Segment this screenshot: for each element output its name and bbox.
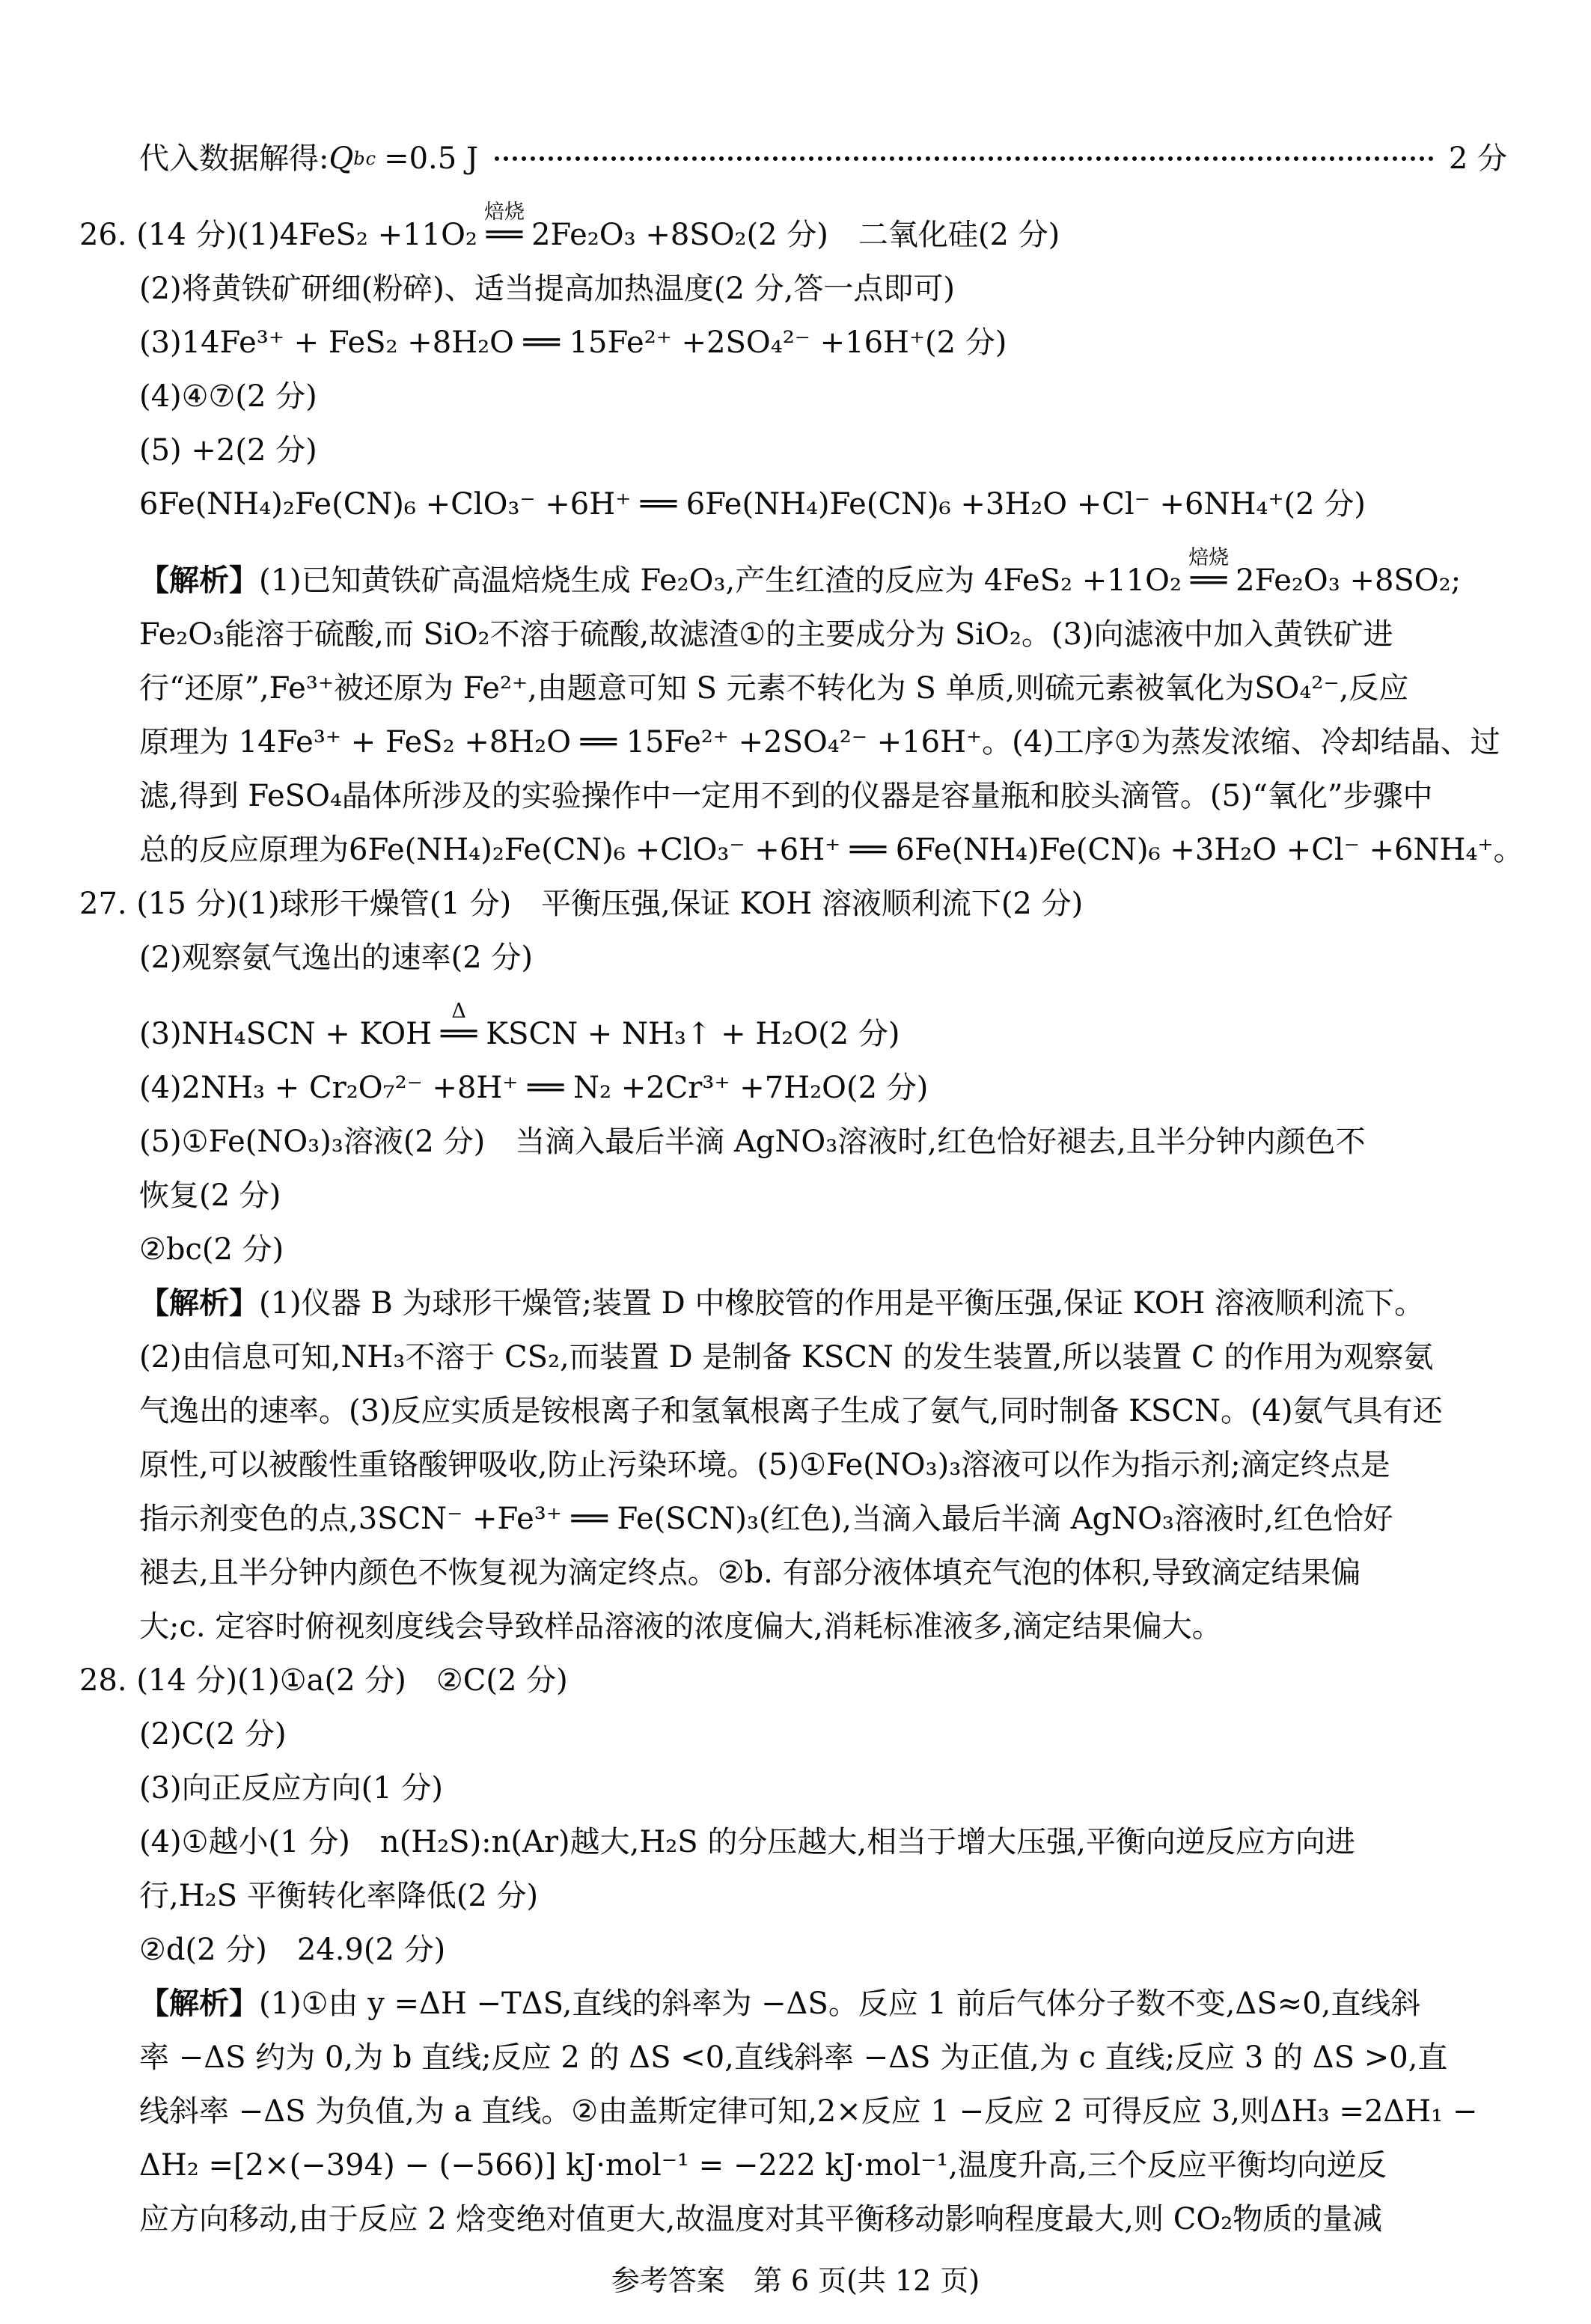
equation-line: 原理为 14Fe³⁺ + FeS₂ +8H₂O ══ 15Fe²⁺ +2SO₄²…	[79, 715, 1507, 769]
text-line: 线斜率 −ΔS 为负值,为 a 直线。②由盖斯定律可知,2×反应 1 −反应 2…	[79, 2085, 1507, 2138]
text-line: ②d(2 分) 24.9(2 分)	[79, 1923, 1507, 1977]
text-line: 行,H₂S 平衡转化率降低(2 分)	[79, 1869, 1507, 1923]
dotted-leader	[495, 156, 1434, 161]
analysis-text: (1)仪器 B 为球形干燥管;装置 D 中橡胶管的作用是平衡压强,保证 KOH …	[259, 1286, 1424, 1321]
text-line: Fe₂O₃能溶于硫酸,而 SiO₂不溶于硫酸,故滤渣①的主要成分为 SiO₂。(…	[79, 608, 1507, 661]
text-line: 滤,得到 FeSO₄晶体所涉及的实验操作中一定用不到的仪器是容量瓶和胶头滴管。(…	[79, 769, 1507, 823]
equation-head: (3)NH₄SCN + KOH	[139, 1017, 432, 1051]
equation-line: (3)14Fe³⁺ + FeS₂ +8H₂O ══ 15Fe²⁺ +2SO₄²⁻…	[79, 316, 1507, 370]
text-line: (4)①越小(1 分) n(H₂S):n(Ar)越大,H₂S 的分压越大,相当于…	[79, 1815, 1507, 1869]
analysis-tag: 【解析】	[139, 563, 259, 598]
stacked-equals: 焙烧══	[486, 208, 522, 262]
equation-head: (1)已知黄铁矿高温焙烧生成 Fe₂O₃,产生红渣的反应为 4FeS₂ +11O…	[259, 563, 1182, 598]
page-footer: 参考答案 第 6 页(共 12 页)	[0, 2258, 1591, 2303]
text-line: 大;c. 定容时俯视刻度线会导致样品溶液的浓度偏大,消耗标准液多,滴定结果偏大。	[79, 1600, 1507, 1654]
equation-line: 指示剂变色的点,3SCN⁻ +Fe³⁺ ══ Fe(SCN)₃(红色),当滴入最…	[79, 1492, 1507, 1546]
text-line: (5) +2(2 分)	[79, 423, 1507, 477]
analysis-text: (1)①由 y =ΔH −TΔS,直线的斜率为 −ΔS。反应 1 前后气体分子数…	[259, 1987, 1420, 2021]
q-symbol: Q	[329, 132, 353, 186]
answers-content: 代入数据解得:Qbc=0.5 J 2 分 26. (14 分)(1)4FeS₂ …	[0, 0, 1591, 2246]
q-value: =0.5 J	[384, 132, 478, 186]
text-line: ΔH₂ =[2×(−394) − (−566)] kJ·mol⁻¹ = −222…	[79, 2138, 1507, 2192]
equation-tail: 2Fe₂O₃ +8SO₂(2 分) 二氧化硅(2 分)	[531, 218, 1060, 252]
item-27-header-line: 27. (15 分)(1)球形干燥管(1 分) 平衡压强,保证 KOH 溶液顺利…	[79, 877, 1507, 931]
equation-line: 总的反应原理为6Fe(NH₄)₂Fe(CN)₆ +ClO₃⁻ +6H⁺ ══ 6…	[79, 823, 1507, 877]
reaction-condition-label: 焙烧	[1188, 548, 1229, 568]
stacked-equals: 焙烧══	[1191, 554, 1227, 608]
text-line: 气逸出的速率。(3)反应实质是铵根离子和氢氧根离子生成了氨气,同时制备 KSCN…	[79, 1384, 1507, 1438]
analysis-27-start-line: 【解析】(1)仪器 B 为球形干燥管;装置 D 中橡胶管的作用是平衡压强,保证 …	[79, 1276, 1507, 1330]
footer-page-info: 参考答案 第 6 页(共 12 页)	[611, 2264, 980, 2297]
text-line: 行“还原”,Fe³⁺被还原为 Fe²⁺,由题意可知 S 元素不转化为 S 单质,…	[79, 661, 1507, 715]
stacked-equals: Δ══	[441, 1007, 477, 1061]
reaction-condition-label: 焙烧	[484, 202, 525, 222]
equation-tail: KSCN + NH₃↑ + H₂O(2 分)	[486, 1017, 900, 1051]
text-line: (3)向正反应方向(1 分)	[79, 1761, 1507, 1815]
analysis-tag: 【解析】	[139, 1986, 259, 2021]
equation-tail: 2Fe₂O₃ +8SO₂;	[1236, 563, 1461, 598]
analysis-26-start-line: 【解析】(1)已知黄铁矿高温焙烧生成 Fe₂O₃,产生红渣的反应为 4FeS₂ …	[79, 554, 1507, 608]
qbc-label: 代入数据解得:	[139, 132, 329, 186]
equation-line-27-3: (3)NH₄SCN + KOHΔ══KSCN + NH₃↑ + H₂O(2 分)	[79, 1007, 1507, 1061]
equation-line: (4)2NH₃ + Cr₂O₇²⁻ +8H⁺ ══ N₂ +2Cr³⁺ +7H₂…	[79, 1061, 1507, 1115]
text-line: (2)由信息可知,NH₃不溶于 CS₂,而装置 D 是制备 KSCN 的发生装置…	[79, 1330, 1507, 1384]
answer-sheet-page: 代入数据解得:Qbc=0.5 J 2 分 26. (14 分)(1)4FeS₂ …	[0, 0, 1591, 2324]
equation-line: 6Fe(NH₄)₂Fe(CN)₆ +ClO₃⁻ +6H⁺ ══ 6Fe(NH₄)…	[79, 477, 1507, 531]
text-line: 应方向移动,由于反应 2 焓变绝对值更大,故温度对其平衡移动影响程度最大,则 C…	[79, 2192, 1507, 2246]
text-line: (4)④⑦(2 分)	[79, 370, 1507, 423]
score-line-qbc: 代入数据解得:Qbc=0.5 J 2 分	[79, 132, 1507, 186]
text-line: ②bc(2 分)	[79, 1223, 1507, 1276]
text-line: 率 −ΔS 约为 0,为 b 直线;反应 2 的 ΔS <0,直线斜率 −ΔS …	[79, 2031, 1507, 2085]
text-line: (2)将黄铁矿研细(粉碎)、适当提高加热温度(2 分,答一点即可)	[79, 262, 1507, 316]
text-line: (2)C(2 分)	[79, 1707, 1507, 1761]
text-line: (2)观察氨气逸出的速率(2 分)	[79, 931, 1507, 985]
q-subscript: bc	[353, 132, 376, 186]
score-value: 2 分	[1449, 132, 1507, 186]
item-26-header-line: 26. (14 分)(1)4FeS₂ +11O₂焙烧══2Fe₂O₃ +8SO₂…	[79, 208, 1507, 262]
analysis-tag: 【解析】	[139, 1285, 259, 1321]
item-28-header-line: 28. (14 分)(1)①a(2 分) ②C(2 分)	[79, 1654, 1507, 1707]
analysis-28-start-line: 【解析】(1)①由 y =ΔH −TΔS,直线的斜率为 −ΔS。反应 1 前后气…	[79, 1977, 1507, 2031]
text-line: 原性,可以被酸性重铬酸钾吸收,防止污染环境。(5)①Fe(NO₃)₃溶液可以作为…	[79, 1438, 1507, 1492]
text-line: 褪去,且半分钟内颜色不恢复视为滴定终点。②b. 有部分液体填充气泡的体积,导致滴…	[79, 1546, 1507, 1600]
delta-condition-label: Δ	[451, 1001, 466, 1021]
text-line: 恢复(2 分)	[79, 1169, 1507, 1223]
equation-head: 26. (14 分)(1)4FeS₂ +11O₂	[79, 218, 477, 252]
text-line: (5)①Fe(NO₃)₃溶液(2 分) 当滴入最后半滴 AgNO₃溶液时,红色恰…	[79, 1115, 1507, 1169]
